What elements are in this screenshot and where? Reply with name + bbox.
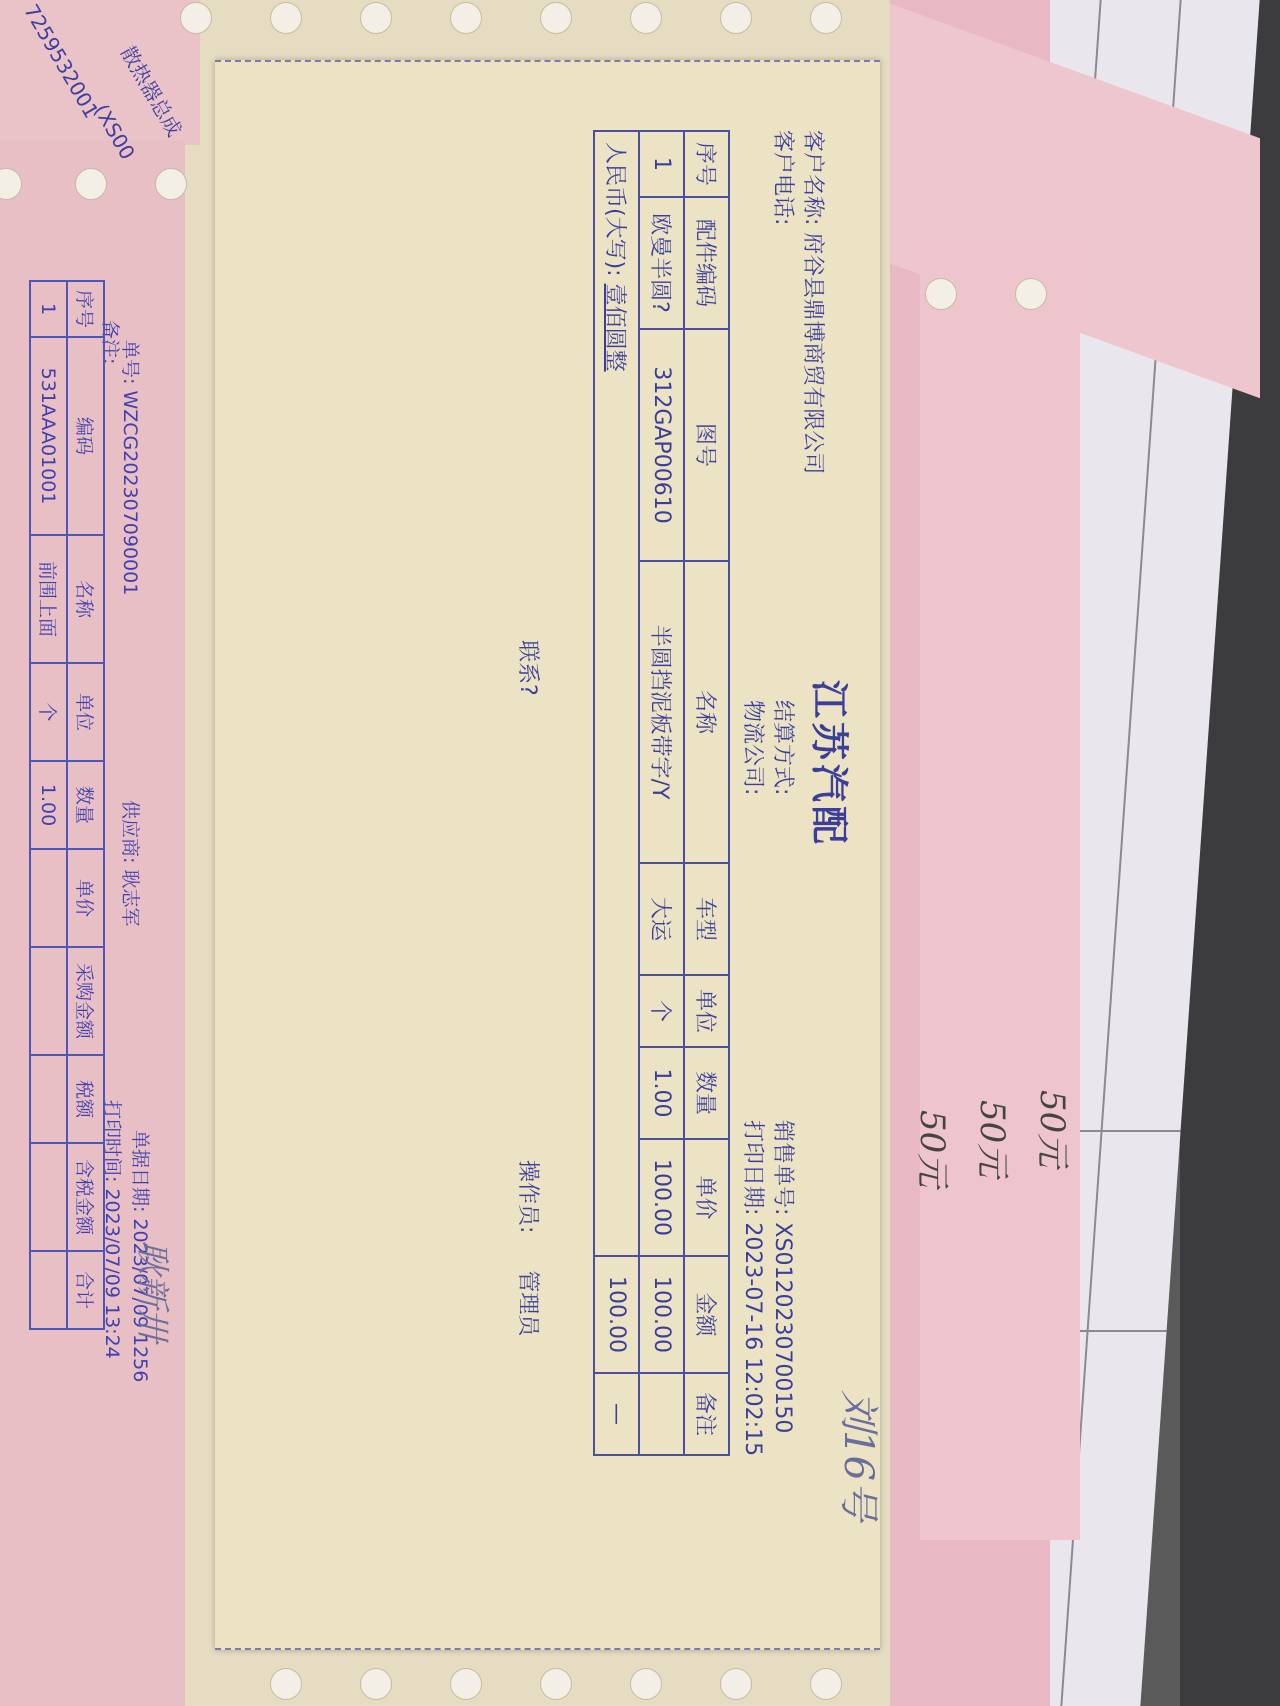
customer-name-field: 客户名称: 府谷县鼎博商贸有限公司 bbox=[799, 130, 830, 474]
total-label: 人民币(大写): bbox=[602, 142, 627, 277]
customer-phone-field: 客户电话: bbox=[769, 130, 800, 225]
cell-unit: 个 bbox=[639, 975, 684, 1047]
table-row: 1 欧曼半圆? 312GAP00610 半圆挡泥板带字/Y 大运 个 1.00 … bbox=[639, 131, 684, 1455]
col-header: 序号 bbox=[67, 281, 104, 337]
feed-hole bbox=[270, 2, 302, 34]
col-header: 单价 bbox=[67, 849, 104, 947]
ledger-entry: 50元 bbox=[911, 1110, 960, 1187]
label: 供应商: bbox=[119, 800, 141, 863]
order-no-label: 销售单号: bbox=[770, 1120, 795, 1215]
cell bbox=[30, 1143, 67, 1251]
total-row: 人民币(大写): 壹佰圆整 100.00 — bbox=[594, 131, 639, 1455]
feed-hole bbox=[630, 1668, 662, 1700]
handwritten-note: 刘16号 bbox=[833, 1390, 890, 1521]
cell: 前围上面 bbox=[30, 535, 67, 663]
label: 单据日期: bbox=[129, 1130, 151, 1212]
cell-amount: 100.00 bbox=[639, 1256, 684, 1373]
pink-sheet-right-inner bbox=[920, 240, 1080, 1540]
feed-holes-bottom bbox=[170, 1660, 890, 1700]
cell bbox=[30, 849, 67, 947]
order-no-field: 销售单号: XS0120230700150 bbox=[769, 1120, 800, 1433]
cell: 1 bbox=[30, 281, 67, 337]
total-remark: — bbox=[594, 1373, 639, 1455]
cell-unit-price: 100.00 bbox=[639, 1139, 684, 1256]
customer-name-value: 府谷县鼎博商贸有限公司 bbox=[800, 232, 825, 474]
cell bbox=[30, 947, 67, 1055]
settlement-label: 结算方式: bbox=[770, 700, 795, 795]
col-header: 金额 bbox=[684, 1256, 729, 1373]
col-header: 编码 bbox=[67, 337, 104, 535]
print-date-label: 打印日期: bbox=[740, 1120, 765, 1215]
feed-hole bbox=[540, 1668, 572, 1700]
cell-part-code: 欧曼半圆? bbox=[639, 197, 684, 329]
feed-holes-right bbox=[925, 270, 1075, 310]
table-header-row: 序号 配件编码 图号 名称 车型 单位 数量 单价 金额 备注 bbox=[684, 131, 729, 1455]
feed-holes-top bbox=[170, 0, 890, 40]
col-header: 单位 bbox=[67, 663, 104, 761]
cell-index: 1 bbox=[639, 131, 684, 197]
feed-hole bbox=[0, 168, 22, 200]
feed-hole bbox=[540, 2, 572, 34]
cell bbox=[30, 1055, 67, 1143]
feed-hole bbox=[720, 2, 752, 34]
table-row: 1 531AAA01001 前围上面 个 1.00 bbox=[30, 281, 67, 1329]
cell: 1.00 bbox=[30, 761, 67, 849]
cell-qty: 1.00 bbox=[639, 1047, 684, 1139]
col-header: 单位 bbox=[684, 975, 729, 1047]
col-header: 数量 bbox=[684, 1047, 729, 1139]
total-words: 壹佰圆整 bbox=[602, 284, 627, 372]
feed-hole bbox=[180, 2, 212, 34]
cell-remark bbox=[639, 1373, 684, 1455]
col-header: 备注 bbox=[684, 1373, 729, 1455]
value: 耿志军 bbox=[119, 869, 141, 926]
customer-name-label: 客户名称: bbox=[800, 130, 825, 225]
ledger-entry: 50元 bbox=[1031, 1090, 1080, 1167]
total-words-cell: 人民币(大写): 壹佰圆整 bbox=[594, 131, 639, 1256]
left-slip-order-no: 单号: WZCG202307090001 bbox=[118, 340, 145, 595]
left-slip-table: 序号 编码 名称 单位 数量 单价 采购金额 税额 含税金额 合计 1 531A… bbox=[29, 280, 105, 1330]
receipt-content: 江苏汽配 客户名称: 府谷县鼎博商贸有限公司 客户电话: 结算方式: 物流公司:… bbox=[215, 60, 880, 1650]
logistics-field: 物流公司: bbox=[739, 700, 770, 795]
customer-phone-label: 客户电话: bbox=[770, 130, 795, 225]
feed-hole bbox=[75, 168, 107, 200]
receipt-title: 江苏汽配 bbox=[805, 680, 860, 848]
feed-holes-left bbox=[0, 160, 185, 200]
feed-hole bbox=[360, 2, 392, 34]
cell: 个 bbox=[30, 663, 67, 761]
feed-hole bbox=[630, 2, 662, 34]
total-amount: 100.00 bbox=[594, 1256, 639, 1373]
order-no-value: XS0120230700150 bbox=[770, 1222, 795, 1433]
logistics-label: 物流公司: bbox=[740, 700, 765, 795]
operator-label: 操作员: bbox=[515, 1160, 540, 1233]
feed-hole bbox=[450, 2, 482, 34]
col-header: 单价 bbox=[684, 1139, 729, 1256]
feed-hole bbox=[810, 1668, 842, 1700]
feed-hole bbox=[810, 2, 842, 34]
settlement-field: 结算方式: bbox=[769, 700, 800, 795]
col-header: 数量 bbox=[67, 761, 104, 849]
operator-field: 操作员: 管理员 bbox=[514, 1160, 545, 1336]
contact-label: 联系? bbox=[514, 640, 545, 696]
col-header: 序号 bbox=[684, 131, 729, 197]
print-date-value: 2023-07-16 12:02:15 bbox=[740, 1222, 765, 1456]
table-header-row: 序号 编码 名称 单位 数量 单价 采购金额 税额 含税金额 合计 bbox=[67, 281, 104, 1329]
col-header: 税额 bbox=[67, 1055, 104, 1143]
feed-hole bbox=[720, 1668, 752, 1700]
cell bbox=[30, 1251, 67, 1329]
items-table: 序号 配件编码 图号 名称 车型 单位 数量 单价 金额 备注 1 欧曼半圆? … bbox=[593, 130, 730, 1456]
col-header: 名称 bbox=[684, 561, 729, 863]
cell: 531AAA01001 bbox=[30, 337, 67, 535]
feed-hole bbox=[925, 278, 957, 310]
feed-hole bbox=[1015, 278, 1047, 310]
sales-receipt: 江苏汽配 客户名称: 府谷县鼎博商贸有限公司 客户电话: 结算方式: 物流公司:… bbox=[215, 60, 880, 1650]
col-header: 车型 bbox=[684, 863, 729, 975]
value: WZCG202307090001 bbox=[119, 390, 141, 595]
feed-hole bbox=[360, 1668, 392, 1700]
col-header: 配件编码 bbox=[684, 197, 729, 329]
col-header: 含税金额 bbox=[67, 1143, 104, 1251]
col-header: 图号 bbox=[684, 329, 729, 561]
left-slip-supplier: 供应商: 耿志军 bbox=[118, 800, 145, 926]
col-header: 名称 bbox=[67, 535, 104, 663]
ledger-entry: 50元 bbox=[971, 1100, 1020, 1177]
print-date-field: 打印日期: 2023-07-16 12:02:15 bbox=[739, 1120, 770, 1456]
operator-value: 管理员 bbox=[515, 1270, 540, 1336]
feed-hole bbox=[450, 1668, 482, 1700]
col-header: 合计 bbox=[67, 1251, 104, 1329]
feed-hole bbox=[270, 1668, 302, 1700]
left-slip-handwriting: 耿新卅 bbox=[131, 1240, 180, 1342]
cell-drawing-no: 312GAP00610 bbox=[639, 329, 684, 561]
col-header: 采购金额 bbox=[67, 947, 104, 1055]
cell-vehicle: 大运 bbox=[639, 863, 684, 975]
feed-hole bbox=[155, 168, 187, 200]
cell-name: 半圆挡泥板带字/Y bbox=[639, 561, 684, 863]
